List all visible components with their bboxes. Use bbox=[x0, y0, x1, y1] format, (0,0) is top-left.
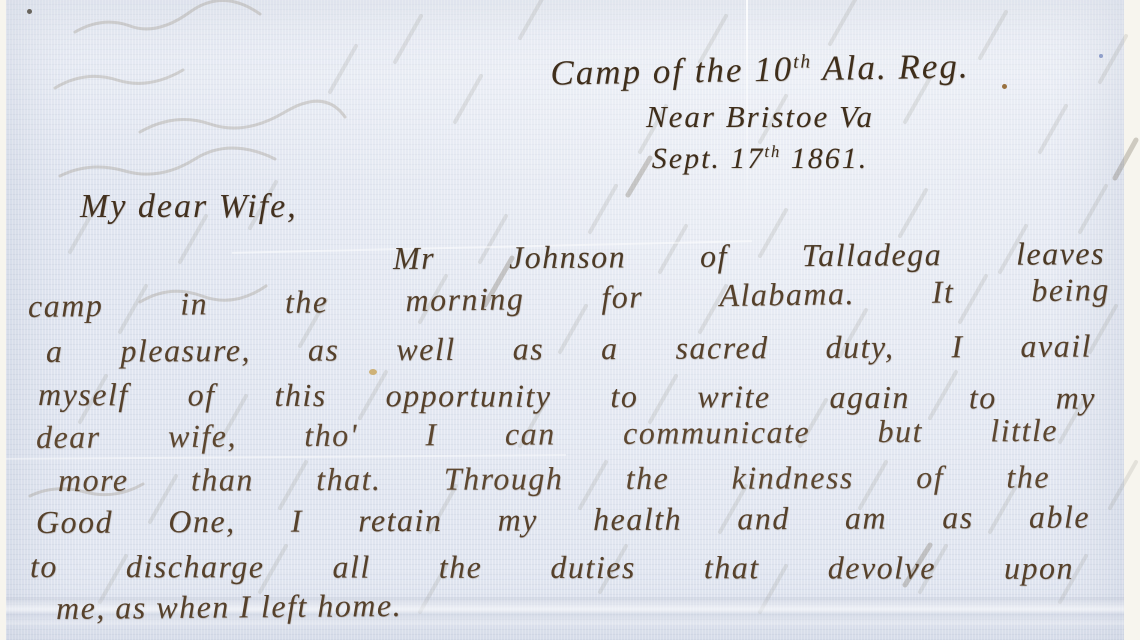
body-line: more than that. Through the kindness of … bbox=[58, 459, 1050, 499]
ink-speck bbox=[27, 9, 32, 14]
ink-speck bbox=[1099, 54, 1103, 58]
ink-speck bbox=[369, 369, 377, 375]
body-line: a pleasure, as well as a sacred duty, I … bbox=[46, 328, 1092, 370]
body-line: to discharge all the duties that devolve… bbox=[30, 548, 1074, 587]
body-line: dear wife, tho' I can communicate but li… bbox=[36, 412, 1058, 456]
heading-line-date: Sept. 17th 1861. bbox=[470, 142, 1050, 176]
scan-background: { "letter": { "paper_color": "#e0e5f0", … bbox=[0, 0, 1140, 640]
salutation: My dear Wife, bbox=[80, 188, 298, 226]
ordinal-superscript: th bbox=[793, 51, 812, 72]
body-line: Mr Johnson of Talladega leaves bbox=[393, 235, 1105, 277]
ordinal-superscript: th bbox=[764, 142, 781, 161]
body-line: Good One, I retain my health and am as a… bbox=[36, 498, 1090, 541]
letter-heading: Camp of the 10th Ala. Reg. Near Bristoe … bbox=[470, 50, 1050, 176]
body-line: me, as when I left home. bbox=[56, 585, 656, 627]
heading-line-place: Near Bristoe Va bbox=[470, 99, 1050, 135]
body-line: myself of this opportunity to write agai… bbox=[38, 376, 1096, 417]
heading-line-regiment: Camp of the 10th Ala. Reg. bbox=[470, 45, 1051, 95]
